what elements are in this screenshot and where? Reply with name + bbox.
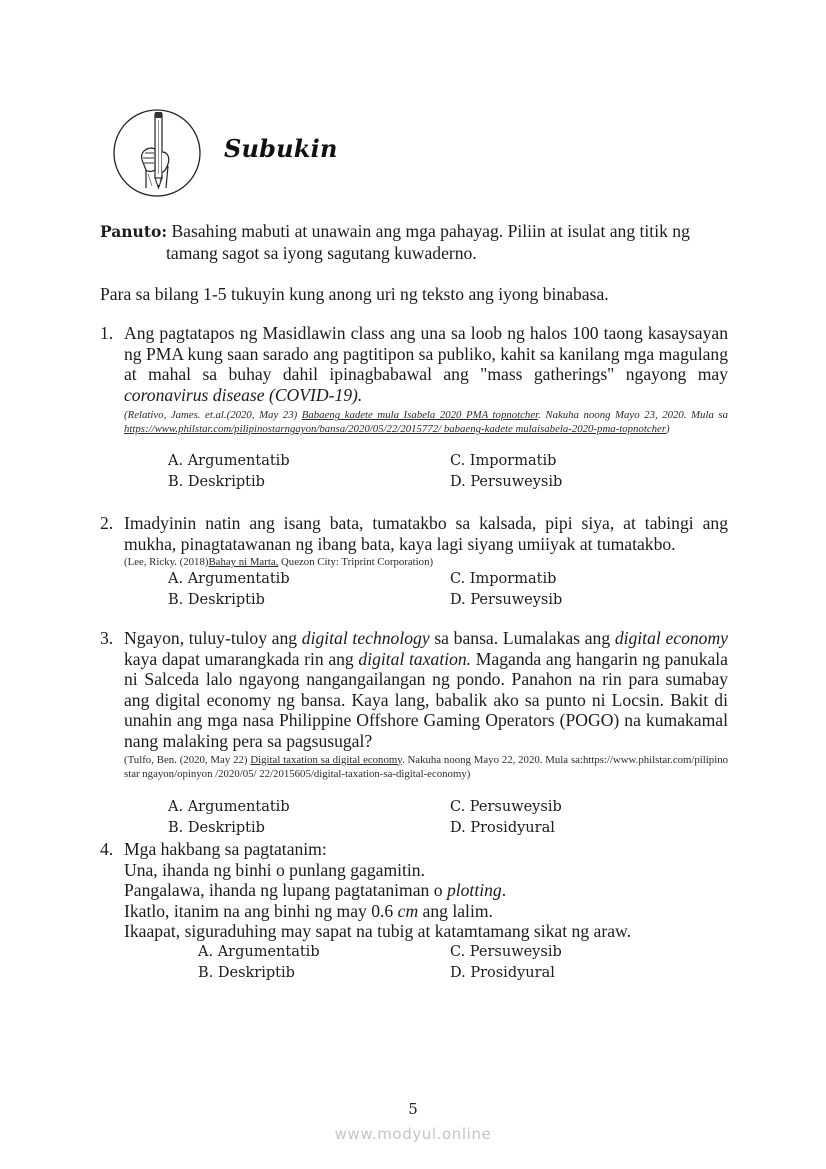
question-number: 1. [100,323,113,344]
option-d[interactable]: D. Prosidyural [450,818,555,839]
citation-title: Babaeng kadete mula Isabela 2020 PMA top… [302,409,538,421]
question-number: 2. [100,513,113,534]
intro-text: Para sa bilang 1-5 tukuyin kung anong ur… [100,284,609,305]
hand-holding-pencil-icon [112,108,202,198]
text-segment: kaya dapat umarangkada rin ang [124,649,358,669]
citation: (Tulfo, Ben. (2020, May 22) Digital taxa… [124,753,728,781]
option-d[interactable]: D. Persuweysib [450,590,562,611]
question-text: Ang pagtatapos ng Masidlawin class ang u… [124,323,728,384]
option-c[interactable]: C. Persuweysib [450,942,562,963]
step-line: Ikatlo, itanim na ang binhi ng may 0.6 c… [124,901,728,922]
citation-prefix: (Lee, Ricky. (2018) [124,556,208,568]
citation: (Lee, Ricky. (2018)Bahay ni Marta, Quezo… [124,555,728,569]
citation-title: Digital taxation sa digital economy [250,754,402,766]
citation: (Relativo, James. et.al.(2020, May 23) B… [124,408,728,436]
instructions-line-1: Basahing mabuti at unawain ang mga pahay… [167,221,690,241]
question-text-italic: coronavirus disease (COVID-19). [124,385,362,405]
citation-prefix: (Relativo, James. et.al.(2020, May 23) [124,409,302,421]
question-text: Imadyinin natin ang isang bata, tumatakb… [124,513,728,554]
instructions-line-2: tamang sagot sa iyong sagutang kuwaderno… [100,243,728,264]
option-a[interactable]: A. Argumentatib [168,451,290,472]
watermark: www.modyul.online [0,1125,826,1143]
question-text: Ngayon, tuluy-tuloy ang digital technolo… [124,628,728,752]
option-b[interactable]: B. Deskriptib [198,963,295,984]
italic-term: digital taxation. [358,649,471,669]
text-segment: sa bansa. Lumalakas ang [430,628,615,648]
page-number: 5 [0,1100,826,1118]
question-4: 4. Mga hakbang sa pagtatanim:Una, ihanda… [100,839,728,942]
question-3: 3. Ngayon, tuluy-tuloy ang digital techn… [100,628,728,781]
instructions-label: Panuto: [100,222,167,241]
question-number: 4. [100,839,113,860]
section-title: Subukin [224,134,338,163]
option-b[interactable]: B. Deskriptib [168,818,265,839]
option-b[interactable]: B. Deskriptib [168,472,265,493]
option-b[interactable]: B. Deskriptib [168,590,265,611]
italic-term: digital economy [615,628,728,648]
question-text: Mga hakbang sa pagtatanim:Una, ihanda ng… [124,839,728,942]
citation-title: Bahay ni Marta, [208,556,278,568]
text-segment: Ngayon, tuluy-tuloy ang [124,628,302,648]
citation-prefix: (Tulfo, Ben. (2020, May 22) [124,754,250,766]
option-a[interactable]: A. Argumentatib [168,797,290,818]
step-line: Pangalawa, ihanda ng lupang pagtataniman… [124,880,728,901]
question-number: 3. [100,628,113,649]
question-2: 2. Imadyinin natin ang isang bata, tumat… [100,513,728,569]
citation-middle: . Nakuha noong Mayo 23, 2020. Mula sa [538,409,728,421]
italic-term: digital technology [302,628,430,648]
step-line: Una, ihanda ng binhi o punlang gagamitin… [124,860,728,881]
question-1: 1. Ang pagtatapos ng Masidlawin class an… [100,323,728,436]
option-c[interactable]: C. Impormatib [450,569,556,590]
citation-suffix: Quezon City: Triprint Corporation) [278,556,433,568]
instructions: Panuto: Basahing mabuti at unawain ang m… [100,221,728,263]
citation-url[interactable]: https://www.philstar.com/pilipinostarnga… [124,423,666,435]
option-d[interactable]: D. Persuweysib [450,472,562,493]
option-a[interactable]: A. Argumentatib [168,569,290,590]
option-a[interactable]: A. Argumentatib [198,942,320,963]
step-line: Mga hakbang sa pagtatanim: [124,839,728,860]
option-d[interactable]: D. Prosidyural [450,963,555,984]
citation-suffix: ) [666,423,670,435]
option-c[interactable]: C. Impormatib [450,451,556,472]
step-line: Ikaapat, siguraduhing may sapat na tubig… [124,921,728,942]
option-c[interactable]: C. Persuweysib [450,797,562,818]
